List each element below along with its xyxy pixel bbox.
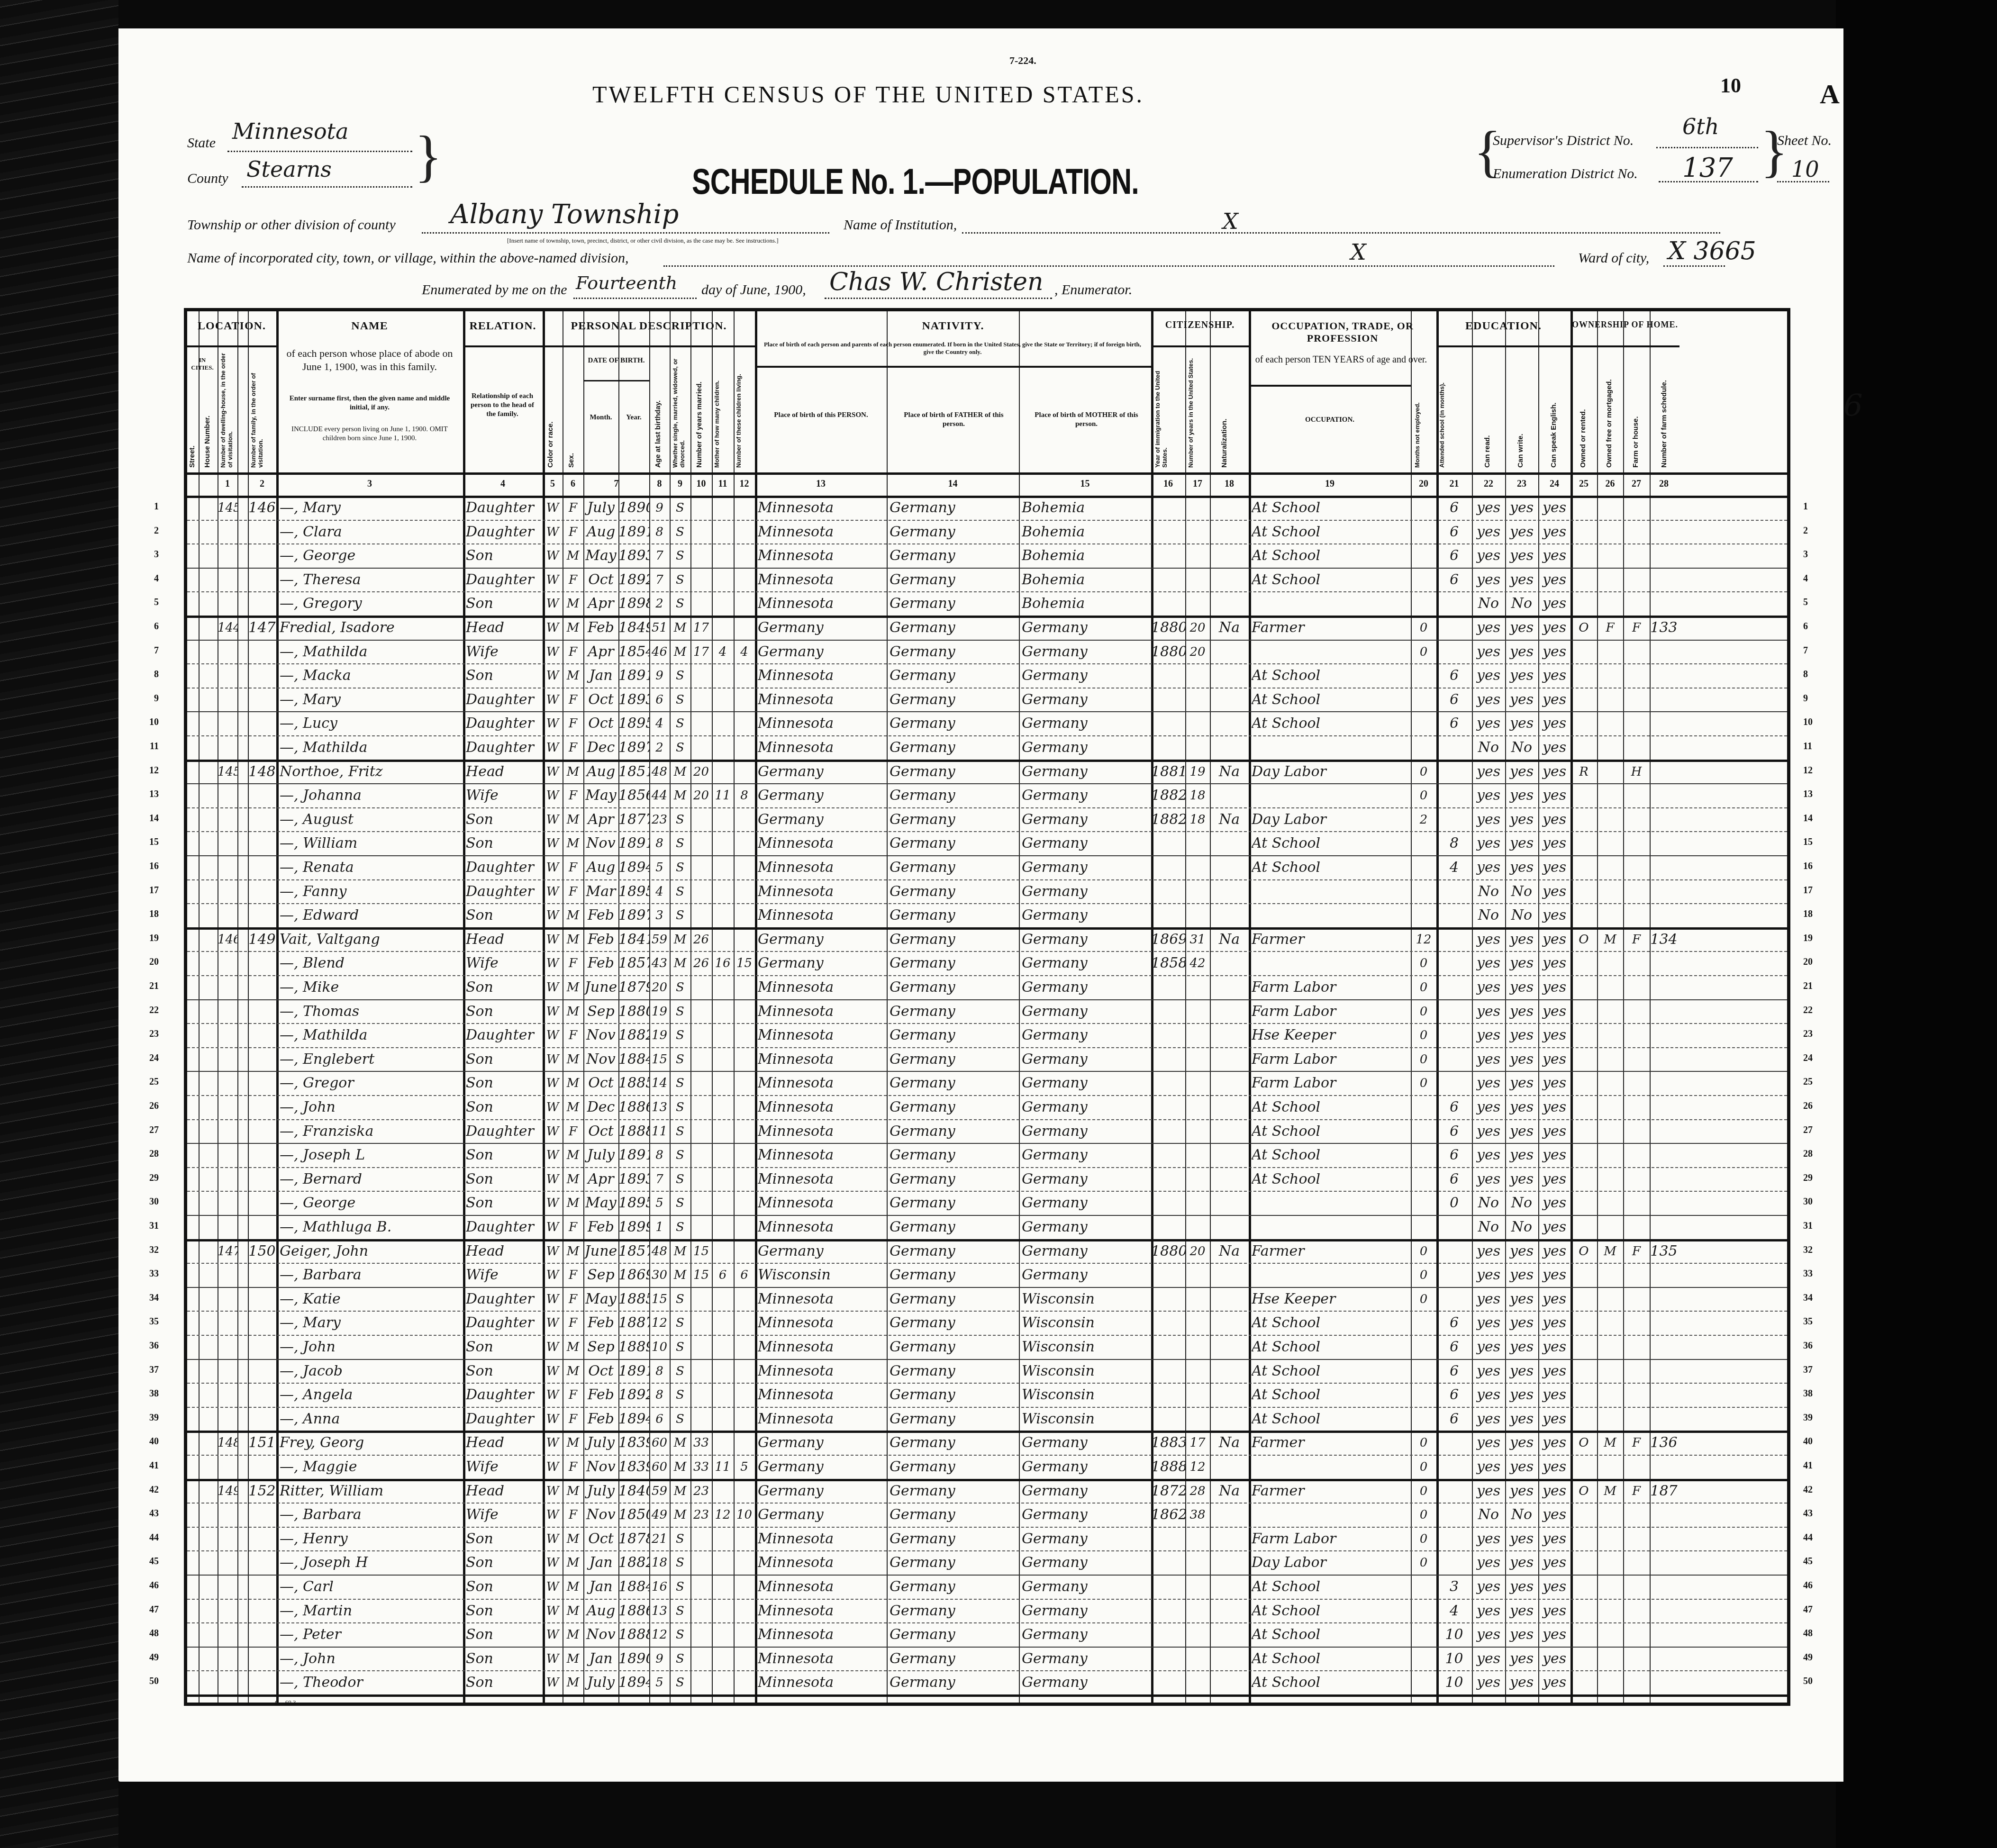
birthplace-mother-cell: Germany bbox=[1022, 1169, 1150, 1190]
age-cell: 4 bbox=[649, 713, 670, 734]
relation-cell: Head bbox=[466, 1241, 542, 1262]
months-unemployed-cell bbox=[1411, 1601, 1436, 1622]
birth-month-cell: Aug bbox=[583, 522, 618, 543]
children-living-cell bbox=[734, 522, 755, 543]
enumeration-district-value: 137 bbox=[1682, 153, 1733, 183]
person-name-cell: —, Thomas bbox=[280, 1001, 462, 1022]
sex-cell: F bbox=[563, 522, 583, 543]
header-nativity-desc: Place of birth of each person and parent… bbox=[761, 341, 1144, 356]
header-mother-of: Mother of how many children. bbox=[713, 349, 732, 468]
table-row: 26—, JohnSonWMDec188613SMinnesotaGermany… bbox=[187, 1095, 1787, 1120]
brace-district-close: } bbox=[1761, 123, 1788, 180]
line-number: 6 bbox=[130, 621, 159, 632]
person-name-cell: —, Katie bbox=[280, 1289, 462, 1310]
color-race-cell: W bbox=[543, 1025, 563, 1046]
table-row: 17—, FannyDaughterWFMar18954SMinnesotaGe… bbox=[187, 879, 1787, 905]
children-living-cell bbox=[734, 1025, 755, 1046]
line-number: 36 bbox=[130, 1341, 159, 1351]
can-speak-english-cell: yes bbox=[1538, 1504, 1570, 1525]
naturalization-cell bbox=[1210, 1025, 1249, 1046]
can-speak-english-cell: yes bbox=[1538, 1193, 1570, 1214]
years-married-cell: 20 bbox=[690, 785, 712, 806]
age-cell: 6 bbox=[649, 689, 670, 710]
children-living-cell bbox=[734, 1529, 755, 1549]
birthplace-father-cell: Germany bbox=[890, 1001, 1017, 1022]
marital-status-cell: M bbox=[670, 953, 690, 974]
farm-schedule-number-cell bbox=[1650, 1529, 1678, 1549]
color-race-cell: W bbox=[543, 737, 563, 758]
farm-schedule-number-cell bbox=[1650, 881, 1678, 902]
sex-cell: F bbox=[563, 1025, 583, 1046]
sex-cell: M bbox=[563, 1193, 583, 1214]
marital-status-cell: S bbox=[670, 1576, 690, 1597]
color-race-cell: W bbox=[543, 1576, 563, 1597]
dwelling-number-cell bbox=[218, 809, 237, 830]
can-read-cell: No bbox=[1472, 1217, 1505, 1238]
free-mortgaged-cell bbox=[1597, 953, 1623, 974]
occupation-cell bbox=[1252, 785, 1411, 806]
children-living-cell: 8 bbox=[734, 785, 755, 806]
person-name-cell: —, John bbox=[280, 1097, 462, 1118]
family-number-cell bbox=[248, 785, 276, 806]
color-race-cell: W bbox=[543, 1097, 563, 1118]
can-write-cell: No bbox=[1505, 1193, 1538, 1214]
sex-cell: M bbox=[563, 977, 583, 998]
color-race-cell: W bbox=[543, 1337, 563, 1358]
family-number-cell: 152 bbox=[248, 1481, 276, 1502]
children-living-cell bbox=[734, 1097, 755, 1118]
birthplace-mother-cell: Germany bbox=[1022, 1097, 1150, 1118]
marital-status-cell: M bbox=[670, 1504, 690, 1525]
naturalization-cell bbox=[1210, 545, 1249, 566]
farm-schedule-number-cell: 187 bbox=[1650, 1481, 1678, 1502]
birthplace-mother-cell: Germany bbox=[1022, 785, 1150, 806]
birth-year-cell: 1857 bbox=[618, 953, 649, 974]
children-living-cell bbox=[734, 1361, 755, 1382]
sheet-label: Sheet No. bbox=[1777, 133, 1832, 149]
can-read-cell: yes bbox=[1472, 545, 1505, 566]
months-unemployed-cell bbox=[1411, 1409, 1436, 1430]
birthplace-father-cell: Germany bbox=[890, 1169, 1017, 1190]
sex-cell: F bbox=[563, 881, 583, 902]
free-mortgaged-cell bbox=[1597, 1001, 1623, 1022]
can-speak-english-cell: yes bbox=[1538, 1457, 1570, 1477]
free-mortgaged-cell bbox=[1597, 1265, 1623, 1286]
table-row: 31—, Mathluga B.DaughterWFFeb18991SMinne… bbox=[187, 1215, 1787, 1241]
birth-year-cell: 1899 bbox=[618, 1217, 649, 1238]
sex-cell: M bbox=[563, 1337, 583, 1358]
mother-of-cell bbox=[712, 1217, 734, 1238]
birth-year-cell: 1884 bbox=[618, 1049, 649, 1070]
birthplace-mother-cell: Germany bbox=[1022, 833, 1150, 854]
occupation-cell bbox=[1252, 737, 1411, 758]
children-living-cell bbox=[734, 1073, 755, 1094]
can-write-cell: yes bbox=[1505, 785, 1538, 806]
owned-rented-cell bbox=[1570, 1001, 1597, 1022]
free-mortgaged-cell bbox=[1597, 1649, 1623, 1669]
marital-status-cell: S bbox=[670, 593, 690, 614]
line-number-right: 25 bbox=[1803, 1077, 1832, 1087]
relation-cell: Son bbox=[466, 1073, 542, 1094]
school-months-cell: 6 bbox=[1436, 522, 1472, 543]
relation-cell: Daughter bbox=[466, 1289, 542, 1310]
dwelling-number-cell bbox=[218, 785, 237, 806]
naturalization-cell bbox=[1210, 1552, 1249, 1573]
birth-month-cell: Dec bbox=[583, 737, 618, 758]
age-cell: 5 bbox=[649, 857, 670, 878]
birthplace-father-cell: Germany bbox=[890, 1409, 1017, 1430]
person-name-cell: —, George bbox=[280, 545, 462, 566]
mother-of-cell bbox=[712, 1361, 734, 1382]
birthplace-person-cell: Minnesota bbox=[758, 1337, 886, 1358]
farm-house-cell: F bbox=[1623, 929, 1650, 950]
owned-rented-cell bbox=[1570, 1624, 1597, 1645]
incorporated-label: Name of incorporated city, town, or vill… bbox=[187, 250, 629, 266]
farm-house-cell bbox=[1623, 1313, 1650, 1333]
children-living-cell bbox=[734, 1432, 755, 1453]
owned-rented-cell: O bbox=[1570, 1432, 1597, 1453]
years-in-us-cell: 31 bbox=[1185, 929, 1210, 950]
birthplace-father-cell: Germany bbox=[890, 1097, 1017, 1118]
can-speak-english-cell: yes bbox=[1538, 1217, 1570, 1238]
dwelling-number-cell bbox=[218, 713, 237, 734]
birthplace-father-cell: Germany bbox=[890, 1624, 1017, 1645]
birthplace-mother-cell: Germany bbox=[1022, 905, 1150, 926]
table-row: 41—, MaggieWifeWFNov183960M33115GermanyG… bbox=[187, 1455, 1787, 1481]
owned-rented-cell bbox=[1570, 1193, 1597, 1214]
marital-status-cell: S bbox=[670, 1169, 690, 1190]
color-race-cell: W bbox=[543, 1529, 563, 1549]
occupation-cell: At School bbox=[1252, 1624, 1411, 1645]
table-row: 45—, Joseph HSonWMJan188218SMinnesotaGer… bbox=[187, 1550, 1787, 1576]
owned-rented-cell bbox=[1570, 809, 1597, 830]
birthplace-father-cell: Germany bbox=[890, 1193, 1017, 1214]
sex-cell: F bbox=[563, 1265, 583, 1286]
family-number-cell bbox=[248, 1073, 276, 1094]
free-mortgaged-cell bbox=[1597, 833, 1623, 854]
birthplace-mother-cell: Bohemia bbox=[1022, 498, 1150, 518]
color-race-cell: W bbox=[543, 905, 563, 926]
farm-house-cell bbox=[1623, 1385, 1650, 1405]
person-name-cell: —, Mike bbox=[280, 977, 462, 998]
marital-status-cell: S bbox=[670, 1001, 690, 1022]
naturalization-cell bbox=[1210, 833, 1249, 854]
farm-house-cell bbox=[1623, 833, 1650, 854]
header-pob-mother: Place of birth of MOTHER of this person. bbox=[1026, 411, 1147, 429]
immigration-year-cell bbox=[1151, 881, 1185, 902]
header-color: Color or race. bbox=[546, 392, 554, 468]
can-read-cell: yes bbox=[1472, 929, 1505, 950]
school-months-cell: 6 bbox=[1436, 1385, 1472, 1405]
owned-rented-cell bbox=[1570, 689, 1597, 710]
birthplace-person-cell: Minnesota bbox=[758, 1649, 886, 1669]
marital-status-cell: S bbox=[670, 1025, 690, 1046]
can-speak-english-cell: yes bbox=[1538, 1049, 1570, 1070]
age-cell: 60 bbox=[649, 1457, 670, 1477]
free-mortgaged-cell bbox=[1597, 713, 1623, 734]
farm-schedule-number-cell bbox=[1650, 1193, 1678, 1214]
birthplace-father-cell: Germany bbox=[890, 1457, 1017, 1477]
years-in-us-cell bbox=[1185, 1049, 1210, 1070]
dwelling-number-cell: 145 bbox=[218, 498, 237, 518]
school-months-cell: 6 bbox=[1436, 689, 1472, 710]
immigration-year-cell bbox=[1151, 593, 1185, 614]
birthplace-person-cell: Germany bbox=[758, 809, 886, 830]
children-living-cell bbox=[734, 617, 755, 638]
can-read-cell: yes bbox=[1472, 1601, 1505, 1622]
free-mortgaged-cell bbox=[1597, 1193, 1623, 1214]
years-married-cell bbox=[690, 1576, 712, 1597]
owned-rented-cell bbox=[1570, 833, 1597, 854]
children-living-cell bbox=[734, 1145, 755, 1166]
family-number-cell bbox=[248, 545, 276, 566]
color-race-cell: W bbox=[543, 498, 563, 518]
farm-schedule-number-cell bbox=[1650, 1145, 1678, 1166]
school-months-cell bbox=[1436, 1265, 1472, 1286]
can-read-cell: yes bbox=[1472, 857, 1505, 878]
birth-year-cell: 1849 bbox=[618, 617, 649, 638]
school-months-cell: 0 bbox=[1436, 1193, 1472, 1214]
school-months-cell bbox=[1436, 953, 1472, 974]
mother-of-cell bbox=[712, 1193, 734, 1214]
birth-month-cell: July bbox=[583, 1432, 618, 1453]
birthplace-person-cell: Minnesota bbox=[758, 665, 886, 686]
mother-of-cell bbox=[712, 1145, 734, 1166]
family-number-cell bbox=[248, 1385, 276, 1405]
birthplace-person-cell: Minnesota bbox=[758, 1385, 886, 1405]
farm-schedule-number-cell bbox=[1650, 953, 1678, 974]
age-cell: 48 bbox=[649, 1241, 670, 1262]
farm-schedule-number-cell bbox=[1650, 1121, 1678, 1142]
school-months-cell bbox=[1436, 1289, 1472, 1310]
occupation-cell: At School bbox=[1252, 857, 1411, 878]
years-married-cell bbox=[690, 1361, 712, 1382]
line-number: 50 bbox=[130, 1676, 159, 1687]
line-number-right: 33 bbox=[1803, 1268, 1832, 1279]
person-name-cell: —, Barbara bbox=[280, 1265, 462, 1286]
farm-house-cell bbox=[1623, 1121, 1650, 1142]
header-house-number: House Number. bbox=[203, 378, 211, 468]
immigration-year-cell bbox=[1151, 857, 1185, 878]
birthplace-person-cell: Minnesota bbox=[758, 1097, 886, 1118]
months-unemployed-cell: 0 bbox=[1411, 1504, 1436, 1525]
children-living-cell bbox=[734, 1552, 755, 1573]
can-read-cell: yes bbox=[1472, 1313, 1505, 1333]
can-read-cell: yes bbox=[1472, 1337, 1505, 1358]
color-race-cell: W bbox=[543, 665, 563, 686]
supervisor-line bbox=[1656, 147, 1758, 148]
months-unemployed-cell: 12 bbox=[1411, 929, 1436, 950]
mother-of-cell bbox=[712, 1672, 734, 1693]
years-married-cell: 20 bbox=[690, 761, 712, 782]
line-number: 26 bbox=[130, 1101, 159, 1112]
can-speak-english-cell: yes bbox=[1538, 665, 1570, 686]
institution-line bbox=[962, 232, 1720, 234]
birthplace-mother-cell: Germany bbox=[1022, 1457, 1150, 1477]
birthplace-father-cell: Germany bbox=[890, 498, 1017, 518]
birthplace-mother-cell: Wisconsin bbox=[1022, 1361, 1150, 1382]
years-married-cell bbox=[690, 1121, 712, 1142]
birthplace-person-cell: Minnesota bbox=[758, 1361, 886, 1382]
family-number-cell: 149 bbox=[248, 929, 276, 950]
can-speak-english-cell: yes bbox=[1538, 1361, 1570, 1382]
line-number: 1 bbox=[130, 501, 159, 512]
months-unemployed-cell: 0 bbox=[1411, 1025, 1436, 1046]
dwelling-number-cell bbox=[218, 737, 237, 758]
occupation-cell bbox=[1252, 1504, 1411, 1525]
relation-cell: Son bbox=[466, 977, 542, 998]
occupation-cell: Farm Labor bbox=[1252, 1073, 1411, 1094]
owned-rented-cell bbox=[1570, 665, 1597, 686]
months-unemployed-cell: 0 bbox=[1411, 761, 1436, 782]
family-number-cell bbox=[248, 977, 276, 998]
farm-house-cell: H bbox=[1623, 761, 1650, 782]
owned-rented-cell: O bbox=[1570, 617, 1597, 638]
birthplace-mother-cell: Germany bbox=[1022, 1193, 1150, 1214]
birthplace-father-cell: Germany bbox=[890, 1672, 1017, 1693]
mother-of-cell bbox=[712, 1097, 734, 1118]
birthplace-father-cell: Germany bbox=[890, 1145, 1017, 1166]
years-married-cell: 26 bbox=[690, 929, 712, 950]
naturalization-cell: Na bbox=[1210, 1241, 1249, 1262]
line-number-right: 40 bbox=[1803, 1436, 1832, 1447]
years-married-cell: 23 bbox=[690, 1481, 712, 1502]
farm-schedule-number-cell bbox=[1650, 905, 1678, 926]
occupation-cell: At School bbox=[1252, 1313, 1411, 1333]
free-mortgaged-cell bbox=[1597, 522, 1623, 543]
age-cell: 2 bbox=[649, 593, 670, 614]
birthplace-mother-cell: Wisconsin bbox=[1022, 1337, 1150, 1358]
free-mortgaged-cell bbox=[1597, 1169, 1623, 1190]
farm-house-cell bbox=[1623, 881, 1650, 902]
line-number-right: 41 bbox=[1803, 1460, 1832, 1471]
years-married-cell bbox=[690, 905, 712, 926]
can-write-cell: yes bbox=[1505, 1241, 1538, 1262]
line-number: 13 bbox=[130, 789, 159, 800]
age-cell: 44 bbox=[649, 785, 670, 806]
dwelling-number-cell bbox=[218, 1289, 237, 1310]
color-race-cell: W bbox=[543, 857, 563, 878]
color-race-cell: W bbox=[543, 593, 563, 614]
dwelling-number-cell bbox=[218, 689, 237, 710]
can-read-cell: yes bbox=[1472, 1409, 1505, 1430]
mother-of-cell bbox=[712, 1025, 734, 1046]
person-name-cell: —, Theodor bbox=[280, 1672, 462, 1693]
sex-cell: F bbox=[563, 1289, 583, 1310]
can-write-cell: yes bbox=[1505, 1121, 1538, 1142]
family-number-cell bbox=[248, 1672, 276, 1693]
can-read-cell: No bbox=[1472, 905, 1505, 926]
can-write-cell: yes bbox=[1505, 1025, 1538, 1046]
color-race-cell: W bbox=[543, 1073, 563, 1094]
birthplace-father-cell: Germany bbox=[890, 809, 1017, 830]
family-number-cell bbox=[248, 1601, 276, 1622]
line-number: 24 bbox=[130, 1053, 159, 1064]
owned-rented-cell bbox=[1570, 1289, 1597, 1310]
line-number: 39 bbox=[130, 1413, 159, 1423]
mother-of-cell bbox=[712, 617, 734, 638]
years-in-us-cell bbox=[1185, 1169, 1210, 1190]
birth-month-cell: June bbox=[583, 977, 618, 998]
age-cell: 13 bbox=[649, 1601, 670, 1622]
color-race-cell: W bbox=[543, 1049, 563, 1070]
can-speak-english-cell: yes bbox=[1538, 1121, 1570, 1142]
can-read-cell: yes bbox=[1472, 642, 1505, 662]
occupation-cell bbox=[1252, 593, 1411, 614]
dwelling-number-cell bbox=[218, 642, 237, 662]
relation-cell: Daughter bbox=[466, 857, 542, 878]
relation-cell: Son bbox=[466, 905, 542, 926]
can-speak-english-cell: yes bbox=[1538, 1649, 1570, 1669]
relation-cell: Son bbox=[466, 1361, 542, 1382]
can-read-cell: yes bbox=[1472, 1672, 1505, 1693]
can-speak-english-cell: yes bbox=[1538, 1097, 1570, 1118]
mother-of-cell bbox=[712, 1121, 734, 1142]
age-cell: 8 bbox=[649, 833, 670, 854]
children-living-cell bbox=[734, 570, 755, 590]
immigration-year-cell bbox=[1151, 1624, 1185, 1645]
age-cell: 15 bbox=[649, 1049, 670, 1070]
header-farm-schedule: Number of farm schedule. bbox=[1660, 349, 1668, 468]
years-in-us-cell: 19 bbox=[1185, 761, 1210, 782]
occupation-cell: Farmer bbox=[1252, 617, 1411, 638]
years-in-us-cell bbox=[1185, 665, 1210, 686]
free-mortgaged-cell: M bbox=[1597, 1241, 1623, 1262]
years-in-us-cell bbox=[1185, 1361, 1210, 1382]
months-unemployed-cell bbox=[1411, 1649, 1436, 1669]
marital-status-cell: M bbox=[670, 1241, 690, 1262]
can-write-cell: yes bbox=[1505, 570, 1538, 590]
birth-year-cell: 1895 bbox=[618, 713, 649, 734]
person-name-cell: —, John bbox=[280, 1337, 462, 1358]
can-speak-english-cell: yes bbox=[1538, 1145, 1570, 1166]
months-unemployed-cell bbox=[1411, 1361, 1436, 1382]
sex-cell: F bbox=[563, 1457, 583, 1477]
color-race-cell: W bbox=[543, 833, 563, 854]
years-married-cell bbox=[690, 1193, 712, 1214]
free-mortgaged-cell bbox=[1597, 545, 1623, 566]
birth-month-cell: Feb bbox=[583, 1385, 618, 1405]
can-read-cell: yes bbox=[1472, 761, 1505, 782]
occupation-cell: Hse Keeper bbox=[1252, 1289, 1411, 1310]
table-row: 32147150Geiger, JohnHeadWMJune185748M15G… bbox=[187, 1239, 1787, 1264]
person-name-cell: —, Jacob bbox=[280, 1361, 462, 1382]
naturalization-cell bbox=[1210, 785, 1249, 806]
years-in-us-cell: 20 bbox=[1185, 1241, 1210, 1262]
children-living-cell bbox=[734, 1313, 755, 1333]
mother-of-cell bbox=[712, 1313, 734, 1333]
table-row: 47—, MartinSonWMAug188613SMinnesotaGerma… bbox=[187, 1599, 1787, 1624]
person-name-cell: —, William bbox=[280, 833, 462, 854]
school-months-cell: 6 bbox=[1436, 713, 1472, 734]
birthplace-person-cell: Minnesota bbox=[758, 1576, 886, 1597]
can-write-cell: yes bbox=[1505, 713, 1538, 734]
naturalization-cell bbox=[1210, 642, 1249, 662]
farm-schedule-number-cell bbox=[1650, 1025, 1678, 1046]
birth-year-cell: 1894 bbox=[618, 857, 649, 878]
school-months-cell bbox=[1436, 881, 1472, 902]
school-months-cell: 6 bbox=[1436, 570, 1472, 590]
birth-year-cell: 1882 bbox=[618, 1025, 649, 1046]
color-race-cell: W bbox=[543, 1193, 563, 1214]
months-unemployed-cell bbox=[1411, 1385, 1436, 1405]
free-mortgaged-cell bbox=[1597, 593, 1623, 614]
relation-cell: Son bbox=[466, 1049, 542, 1070]
mother-of-cell bbox=[712, 1481, 734, 1502]
dwelling-number-cell bbox=[218, 522, 237, 543]
can-read-cell: yes bbox=[1472, 570, 1505, 590]
years-in-us-cell bbox=[1185, 1337, 1210, 1358]
